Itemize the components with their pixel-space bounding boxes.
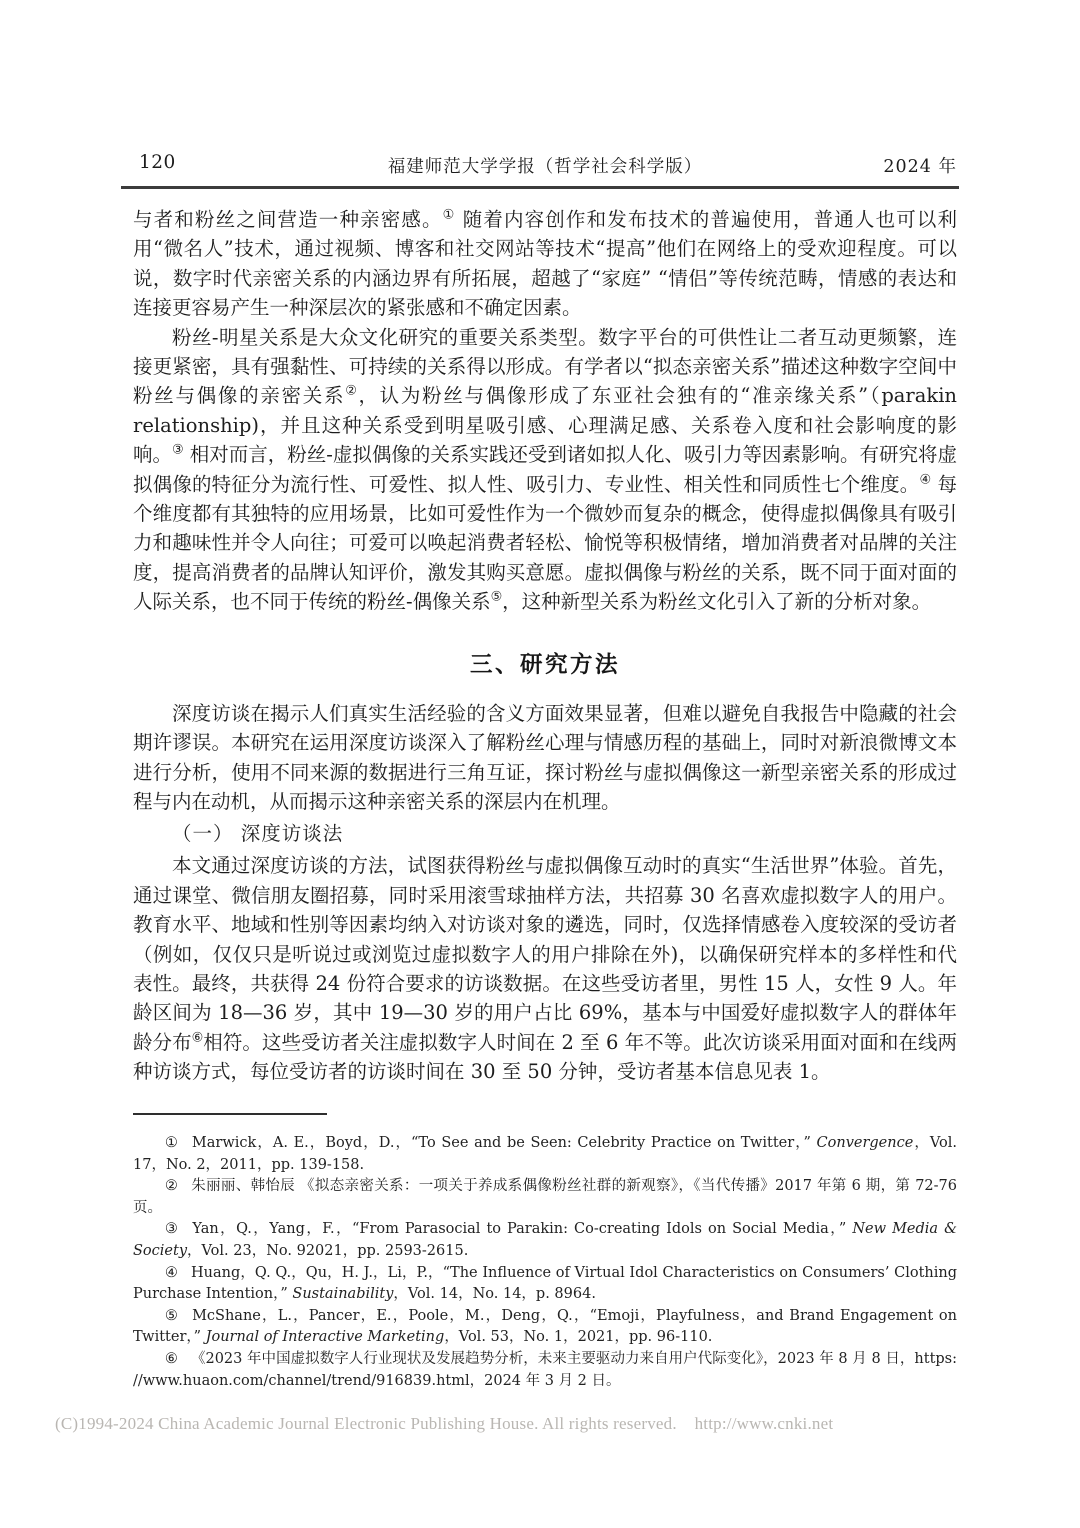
footnote-marker: ④	[165, 1265, 178, 1281]
text-run: ，Vol. 14，No. 14，p. 8964.	[393, 1286, 596, 1302]
paragraph-continuation: 与者和粉丝之间营造一种亲密感。① 随着内容创作和发布技术的普遍使用，普通人也可以…	[133, 205, 957, 323]
text-run: 深度访谈在揭示人们真实生活经验的含义方面效果显著，但难以避免自我报告中隐藏的社会…	[133, 702, 957, 813]
footnote-reference-superscript: ①	[443, 208, 456, 223]
text-run: Marwick，A. E.，Boyd，D.，“To See and be See…	[192, 1135, 817, 1151]
footnote-item: ④Huang，Q. Q.，Qu，H. J.，Li，P.，“The Influen…	[133, 1263, 957, 1306]
footnote-reference-superscript: ⑤	[491, 590, 503, 605]
footnote-marker: ⑥	[165, 1351, 178, 1367]
text-run: ，Vol. 53，No. 1，2021，pp. 96-110.	[444, 1329, 712, 1345]
article-body: 与者和粉丝之间营造一种亲密感。① 随着内容创作和发布技术的普遍使用，普通人也可以…	[133, 205, 957, 1087]
journal-title: 福建师范大学学报（哲学社会科学版）	[133, 153, 957, 178]
text-run: 《2023 年中国虚拟数字人行业现状及发展趋势分析，未来主要驱动力来自用户代际变…	[133, 1351, 957, 1389]
text-run: Yan，Q.，Yang，F.，“From Parasocial to Parak…	[192, 1221, 852, 1237]
footnote-reference-superscript: ②	[345, 384, 358, 399]
paragraph-interview-method: 本文通过深度访谈的方法，试图获得粉丝与虚拟偶像互动时的真实“生活世界”体验。首先…	[133, 851, 957, 1086]
footnote-separator-rule	[133, 1113, 327, 1115]
journal-page: 120 福建师范大学学报（哲学社会科学版） 2024 年 与者和粉丝之间营造一种…	[0, 0, 1080, 1528]
footnote-marker: ③	[165, 1221, 179, 1237]
copyright-notice: (C)1994-2024 China Academic Journal Elec…	[55, 1414, 833, 1434]
footnote-item: ⑥《2023 年中国虚拟数字人行业现状及发展趋势分析，未来主要驱动力来自用户代际…	[133, 1349, 957, 1392]
page-header: 120 福建师范大学学报（哲学社会科学版） 2024 年	[133, 152, 957, 180]
footnote-item: ⑤McShane，L.，Pancer，E.，Poole，M.，Deng，Q.，“…	[133, 1306, 957, 1349]
issue-year: 2024 年	[883, 153, 957, 178]
text-run: 本文通过深度访谈的方法，试图获得粉丝与虚拟偶像互动时的真实“生活世界”体验。首先…	[133, 854, 957, 1053]
journal-name-italic: Journal of Interactive Marketing	[206, 1329, 445, 1345]
journal-name-italic: Convergence	[817, 1135, 914, 1151]
text-run: 相对而言，粉丝-虚拟偶像的关系实践还受到诸如拟人化、吸引力等因素影响。有研究将虚…	[133, 443, 957, 495]
text-run: ，这种新型关系为粉丝文化引入了新的分析对象。	[502, 590, 931, 613]
text-run: 与者和粉丝之间营造一种亲密感。	[133, 208, 443, 231]
footnote-reference-superscript: ⑥	[192, 1030, 204, 1045]
footnote-marker: ⑤	[165, 1308, 179, 1324]
paragraph-fan-star-relationship: 粉丝-明星关系是大众文化研究的重要关系类型。数字平台的可供性让二者互动更频繁，连…	[133, 323, 957, 617]
journal-name-italic: Sustainability	[292, 1286, 393, 1302]
footnote-reference-superscript: ③	[172, 443, 184, 458]
text-run: 相符。这些受访者关注虚拟数字人时间在 2 至 6 年不等。此次访谈采用面对面和在…	[133, 1031, 957, 1083]
text-run: 朱丽丽、韩怡辰 《拟态亲密关系：一项关于养成系偶像粉丝社群的新观察》，《当代传播…	[133, 1178, 957, 1216]
header-rule	[121, 186, 959, 189]
footnote-reference-superscript: ④	[919, 472, 931, 487]
footnote-list: ①Marwick，A. E.，Boyd，D.，“To See and be Se…	[133, 1133, 957, 1392]
footnote-marker: ①	[165, 1135, 179, 1151]
text-run: ，Vol. 23，No. 92021，pp. 2593-2615.	[187, 1243, 468, 1259]
footnote-item: ③Yan，Q.，Yang，F.，“From Parasocial to Para…	[133, 1219, 957, 1262]
footnote-item: ①Marwick，A. E.，Boyd，D.，“To See and be Se…	[133, 1133, 957, 1176]
subsection-heading-depth-interview: （一） 深度访谈法	[133, 818, 957, 849]
paragraph-methods-intro: 深度访谈在揭示人们真实生活经验的含义方面效果显著，但难以避免自我报告中隐藏的社会…	[133, 699, 957, 817]
section-heading-research-methods: 三、研究方法	[133, 647, 957, 679]
footnote-marker: ②	[165, 1178, 178, 1194]
footnote-item: ②朱丽丽、韩怡辰 《拟态亲密关系：一项关于养成系偶像粉丝社群的新观察》，《当代传…	[133, 1176, 957, 1219]
